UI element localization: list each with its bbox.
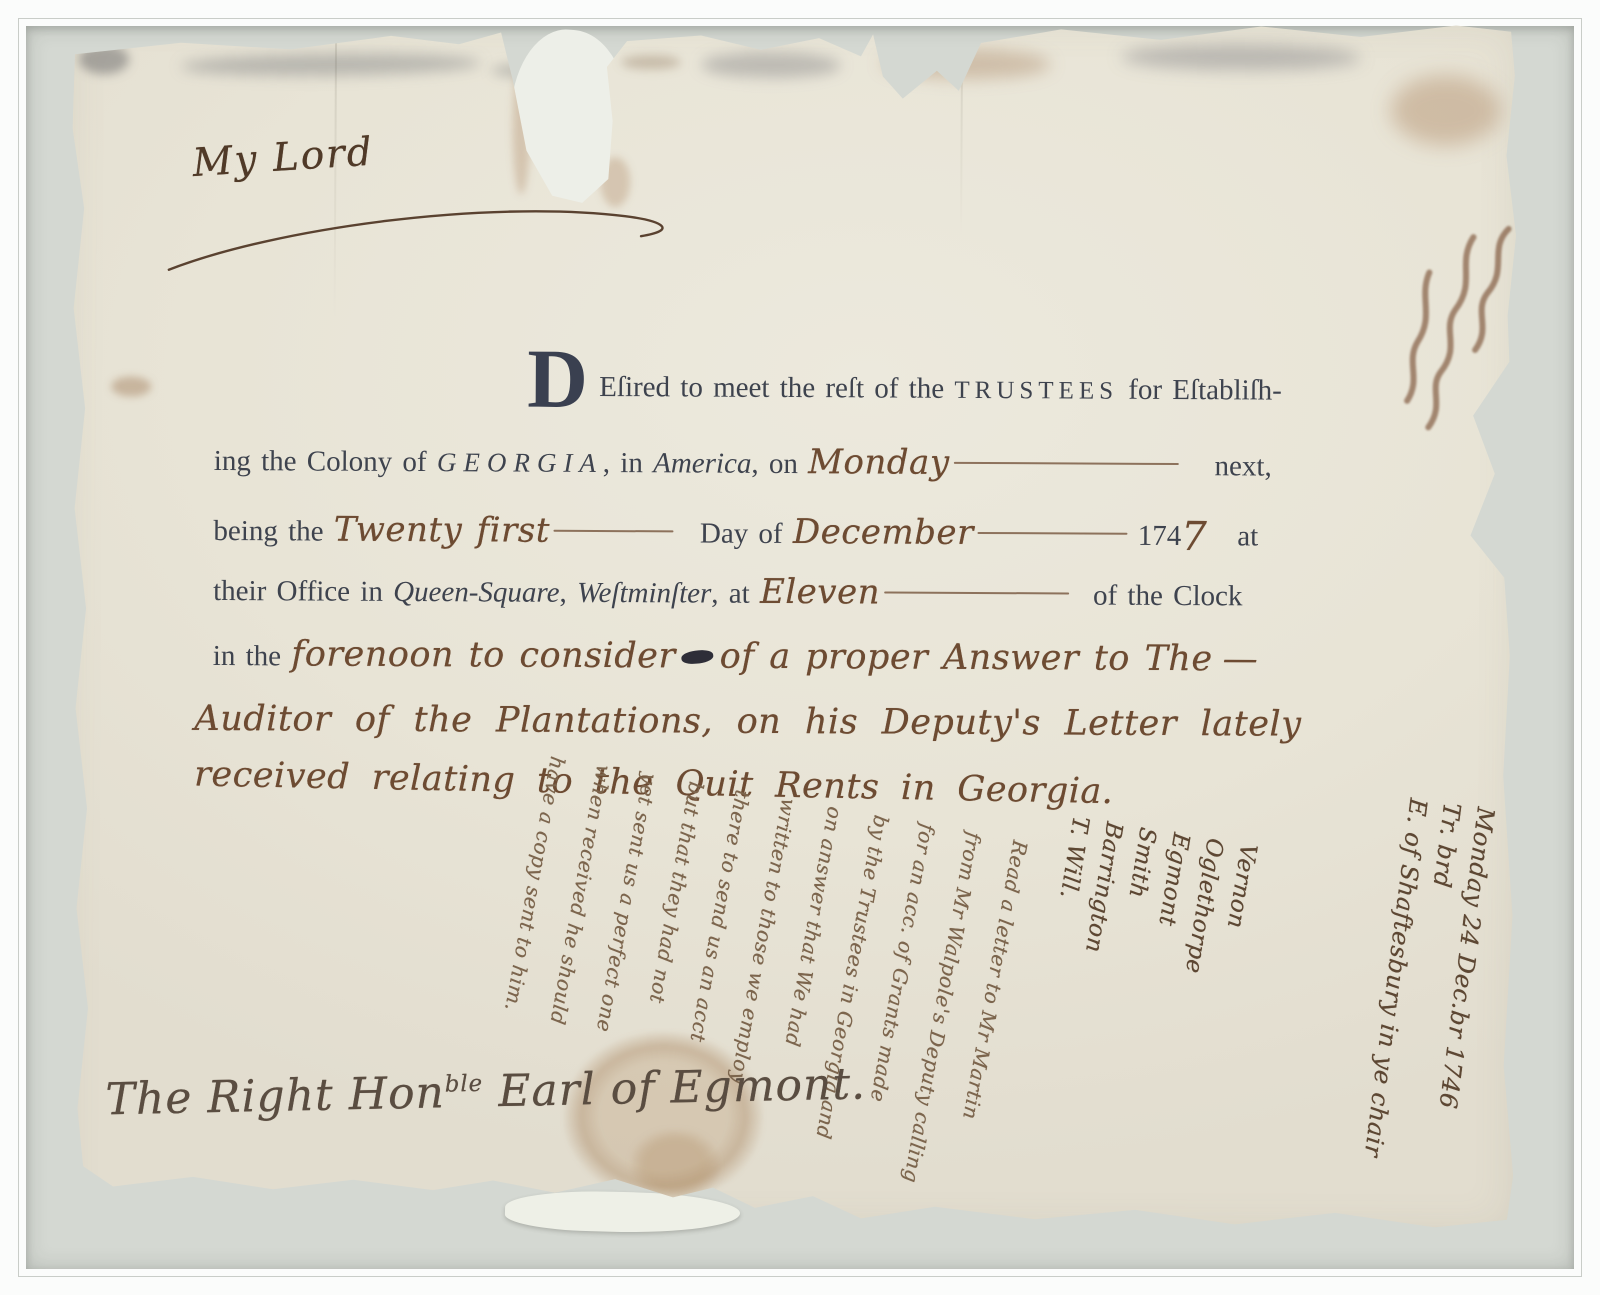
handwritten-segment: forenoon to consider xyxy=(291,634,676,676)
handwritten-fill-month: December xyxy=(793,512,974,553)
body-line-6: Auditor of the Plantations, on his Deput… xyxy=(194,699,1301,745)
paper-smudge xyxy=(1121,44,1361,71)
ink-blot xyxy=(680,649,713,666)
printed-segment: Eſired to meet the reſt of the xyxy=(599,371,954,405)
docket-date-block: Monday 24 Dec.br 1746 Tr. brd E. of Shaf… xyxy=(1353,796,1502,1186)
printed-segment-trustees: TRUSTEES xyxy=(954,377,1118,405)
handwritten-fill-day: Monday xyxy=(808,442,950,483)
printed-segment: , at xyxy=(711,578,760,610)
printed-segment: ing the Colony of xyxy=(214,445,437,478)
framed-document-photo: My Lord D Eſired to meet the reſt of the… xyxy=(0,0,1600,1295)
printed-segment: Weſtminſter xyxy=(577,577,711,610)
handwritten-fill-hour: Eleven xyxy=(760,572,880,613)
salutation-flourish xyxy=(155,184,696,287)
salutation-text: My Lord xyxy=(191,130,375,187)
printed-segment: for Eſtabliſh- xyxy=(1118,374,1282,407)
printed-segment: being the xyxy=(213,515,334,548)
fill-in-rule xyxy=(954,462,1179,465)
printed-segment: , in xyxy=(603,447,653,479)
fill-in-rule xyxy=(978,532,1128,535)
fill-in-rule xyxy=(554,530,674,533)
printed-segment: at xyxy=(1237,520,1258,552)
printed-segment: , xyxy=(559,577,577,609)
body-line-5: in the forenoon to considerof a proper A… xyxy=(213,634,1259,679)
paper-stain xyxy=(1391,75,1501,146)
handwritten-dash: — xyxy=(1223,639,1259,679)
body-line-3: being the Twenty firstDay of December174… xyxy=(213,504,1258,555)
body-line-2: ing the Colony of GEORGIA, in America, o… xyxy=(214,439,1272,485)
printed-segment: Day of xyxy=(700,518,793,550)
address-superscript: ble xyxy=(444,1071,483,1098)
handwritten-fill-date: Twenty first xyxy=(334,510,550,551)
printed-segment: Queen-Square xyxy=(393,576,560,609)
paper-smudge xyxy=(181,52,481,78)
printed-segment: next, xyxy=(1215,450,1272,482)
printed-segment: 174 xyxy=(1138,520,1182,552)
handwritten-fill-year-digit: 7 xyxy=(1181,514,1207,560)
printed-segment: , on xyxy=(751,448,808,480)
torn-fragment xyxy=(505,1189,741,1235)
drop-cap: D xyxy=(527,341,588,419)
handwritten-segment: of a proper Answer to The xyxy=(720,637,1213,680)
document-paper: My Lord D Eſired to meet the reſt of the… xyxy=(55,8,1525,1238)
address-segment: Earl of Egmont. xyxy=(483,1058,867,1117)
printed-segment: America xyxy=(653,447,751,480)
printed-segment: of the Clock xyxy=(1093,580,1243,613)
paper-smudge xyxy=(701,52,841,79)
paper-smudge xyxy=(621,55,681,69)
printed-segment: their Office in xyxy=(213,575,393,608)
body-line-1: Eſired to meet the reſt of the TRUSTEES … xyxy=(599,371,1282,408)
fill-in-rule xyxy=(884,592,1069,595)
printed-segment-georgia: GEORGIA xyxy=(437,447,603,478)
paper-stain xyxy=(111,376,151,396)
minutes-block: Read a letter to Mr Martin from Mr Walpo… xyxy=(463,752,1043,1238)
printed-segment: in the xyxy=(213,640,292,672)
body-line-4: their Office in Queen-Square, Weſtminſte… xyxy=(213,569,1242,614)
address-segment: The Right Hon xyxy=(105,1067,445,1125)
attendees-block: Vernon Oglethorpe Egmont Smith Barringto… xyxy=(1032,814,1266,1044)
